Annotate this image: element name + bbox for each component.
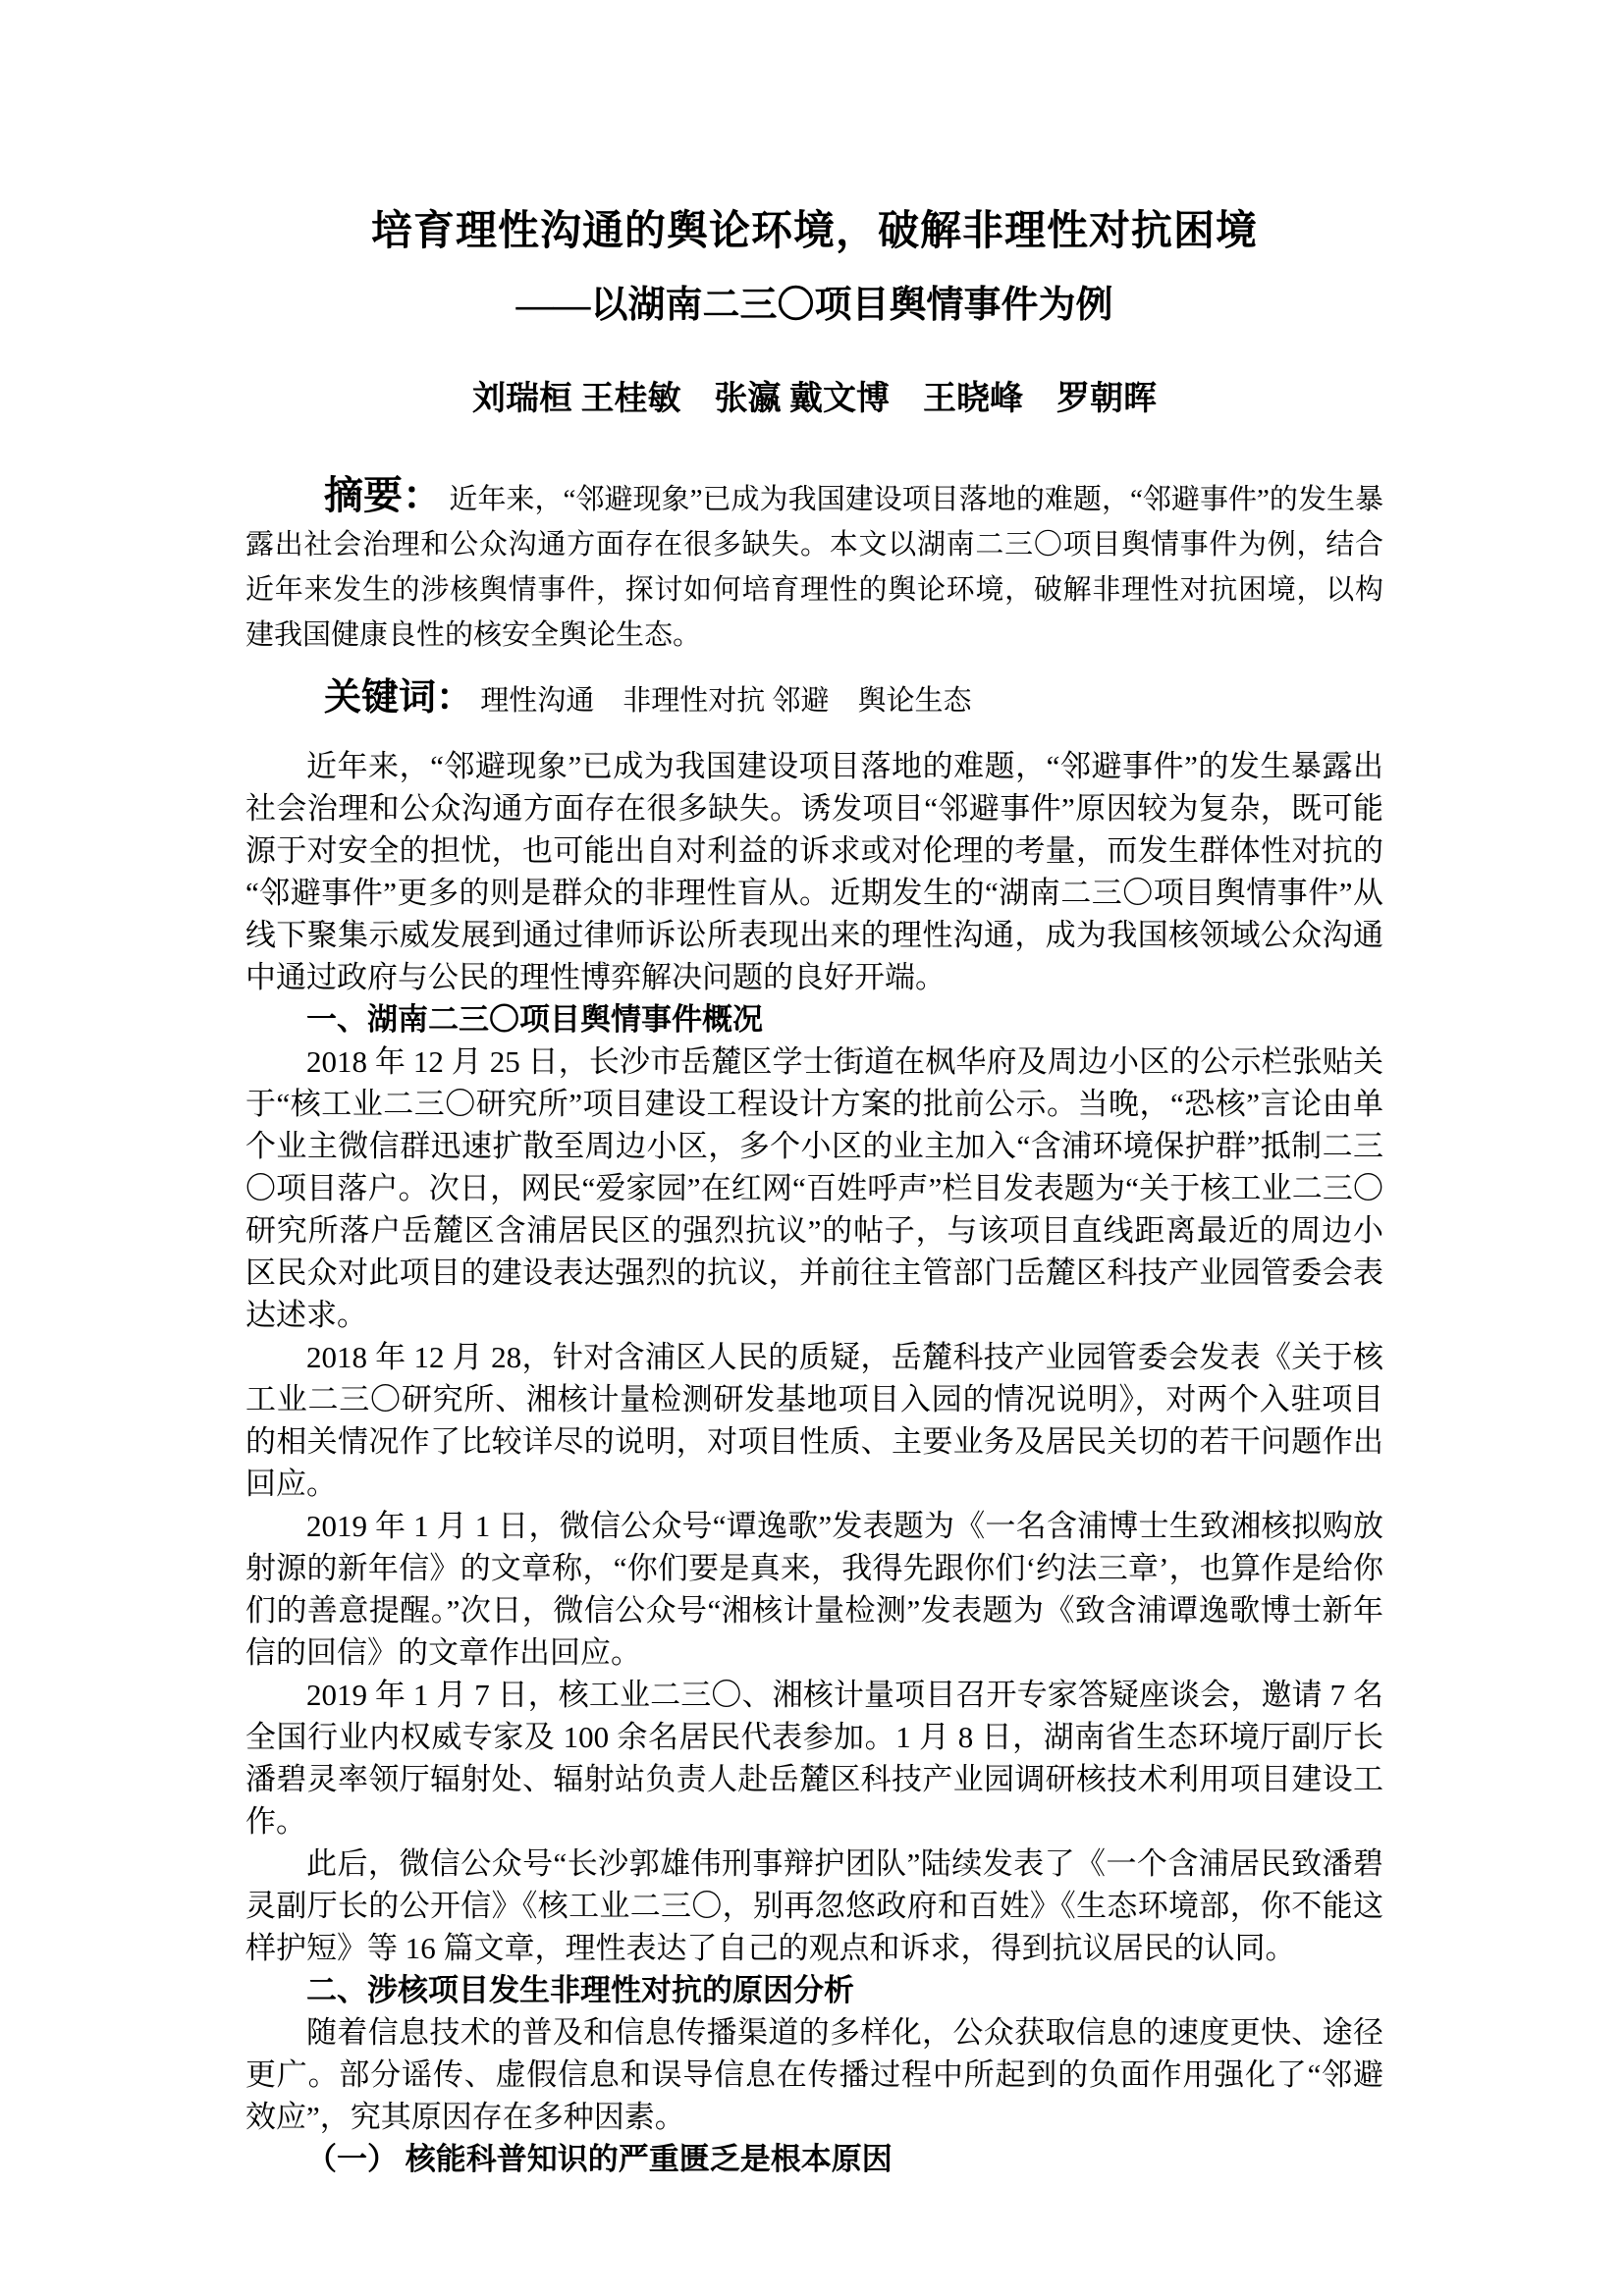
paragraph: 2019 年 1 月 7 日，核工业二三〇、湘核计量项目召开专家答疑座谈会，邀请…: [245, 1674, 1383, 1842]
page-content: 培育理性沟通的舆论环境，破解非理性对抗困境 ——以湖南二三〇项目舆情事件为例 刘…: [0, 0, 1624, 2180]
abstract-paragraph: 摘要： 近年来，“邻避现象”已成为我国建设项目落地的难题，“邻避事件”的发生暴露…: [245, 473, 1383, 658]
paragraph: 2018 年 12 月 28，针对含浦区人民的质疑，岳麓科技产业园管委会发表《关…: [245, 1336, 1383, 1505]
paragraph: 2019 年 1 月 1 日，微信公众号“谭逸歌”发表题为《一名含浦博士生致湘核…: [245, 1505, 1383, 1674]
paragraph: 此后，微信公众号“长沙郭雄伟刑事辩护团队”陆续发表了《一个含浦居民致潘碧灵副厅长…: [245, 1842, 1383, 1969]
section-heading: 二、涉核项目发生非理性对抗的原因分析: [245, 1969, 1383, 2011]
document-page: 培育理性沟通的舆论环境，破解非理性对抗困境 ——以湖南二三〇项目舆情事件为例 刘…: [0, 0, 1624, 2296]
document-body: 近年来，“邻避现象”已成为我国建设项目落地的难题，“邻避事件”的发生暴露出社会治…: [245, 745, 1383, 2180]
authors-line: 刘瑞桓 王桂敏 张瀛 戴文博 王晓峰 罗朝晖: [245, 379, 1383, 420]
abstract-label: 摘要：: [324, 473, 442, 517]
section-heading: （一） 核能科普知识的严重匮乏是根本原因: [245, 2138, 1383, 2180]
paper-title: 培育理性沟通的舆论环境，破解非理性对抗困境: [245, 206, 1383, 257]
keywords-paragraph: 关键词： 理性沟通 非理性对抗 邻避 舆论生态: [245, 671, 1383, 727]
paper-subtitle: ——以湖南二三〇项目舆情事件为例: [245, 283, 1383, 328]
paragraph: 2018 年 12 月 25 日，长沙市岳麓区学士街道在枫华府及周边小区的公示栏…: [245, 1041, 1383, 1336]
paragraph: 近年来，“邻避现象”已成为我国建设项目落地的难题，“邻避事件”的发生暴露出社会治…: [245, 745, 1383, 998]
keywords-text: 理性沟通 非理性对抗 邻避 舆论生态: [480, 685, 971, 717]
section-heading: 一、湖南二三〇项目舆情事件概况: [245, 998, 1383, 1041]
keywords-label: 关键词：: [324, 677, 473, 719]
paragraph: 随着信息技术的普及和信息传播渠道的多样化，公众获取信息的速度更快、途径更广。部分…: [245, 2011, 1383, 2138]
